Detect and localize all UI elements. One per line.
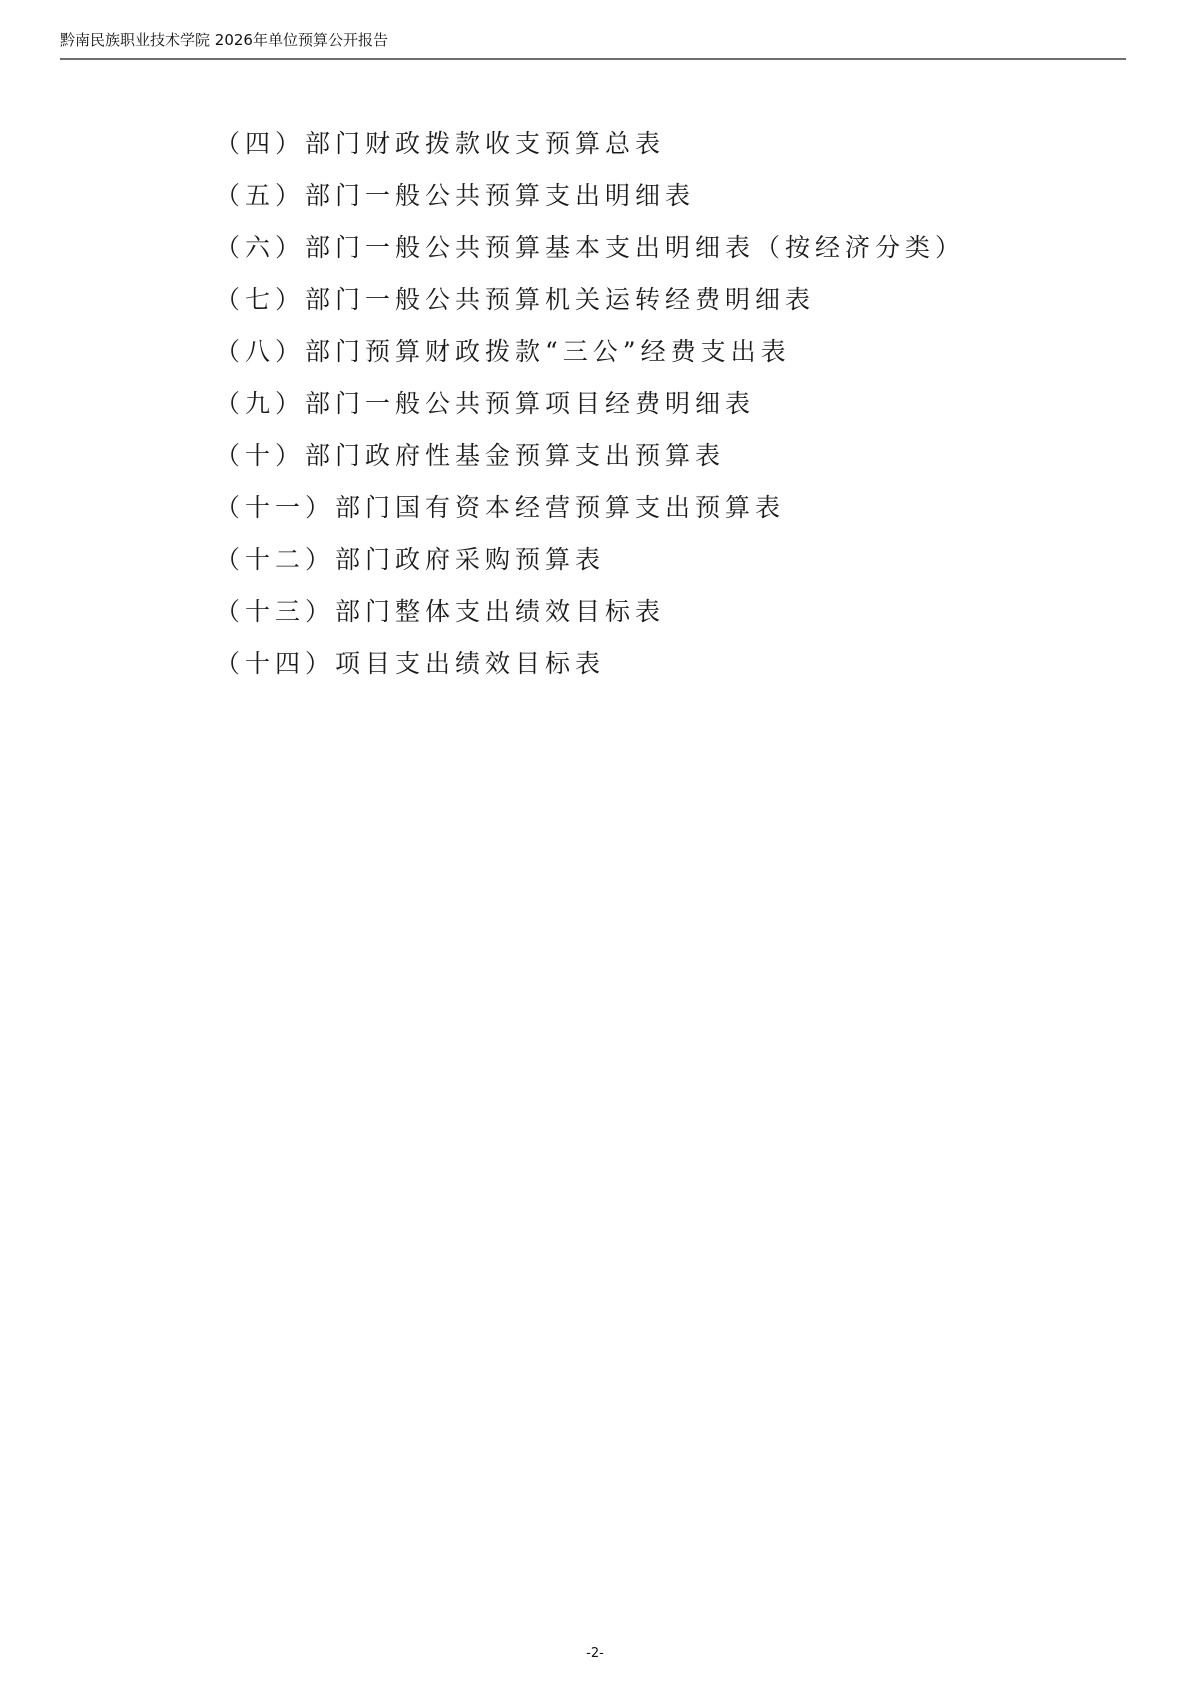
list-item-table-5: （五）部门一般公共预算支出明细表: [215, 170, 965, 222]
header-divider: [60, 58, 1126, 60]
page-number: -2-: [0, 1646, 1190, 1661]
list-item-table-9: （九）部门一般公共预算项目经费明细表: [215, 378, 965, 430]
table-list: （四）部门财政拨款收支预算总表 （五）部门一般公共预算支出明细表 （六）部门一般…: [215, 118, 965, 690]
report-title: 黔南民族职业技术学院 2026年单位预算公开报告: [60, 30, 1140, 50]
list-item-table-11: （十一）部门国有资本经营预算支出预算表: [215, 482, 965, 534]
list-item-table-14: （十四）项目支出绩效目标表: [215, 638, 965, 690]
list-item-table-4: （四）部门财政拨款收支预算总表: [215, 118, 965, 170]
page-header: 黔南民族职业技术学院 2026年单位预算公开报告: [60, 30, 1140, 50]
list-item-table-13: （十三）部门整体支出绩效目标表: [215, 586, 965, 638]
list-item-table-8: （八）部门预算财政拨款“三公”经费支出表: [215, 326, 965, 378]
list-item-table-12: （十二）部门政府采购预算表: [215, 534, 965, 586]
list-item-table-6: （六）部门一般公共预算基本支出明细表（按经济分类）: [215, 222, 965, 274]
list-item-table-7: （七）部门一般公共预算机关运转经费明细表: [215, 274, 965, 326]
list-item-table-10: （十）部门政府性基金预算支出预算表: [215, 430, 965, 482]
